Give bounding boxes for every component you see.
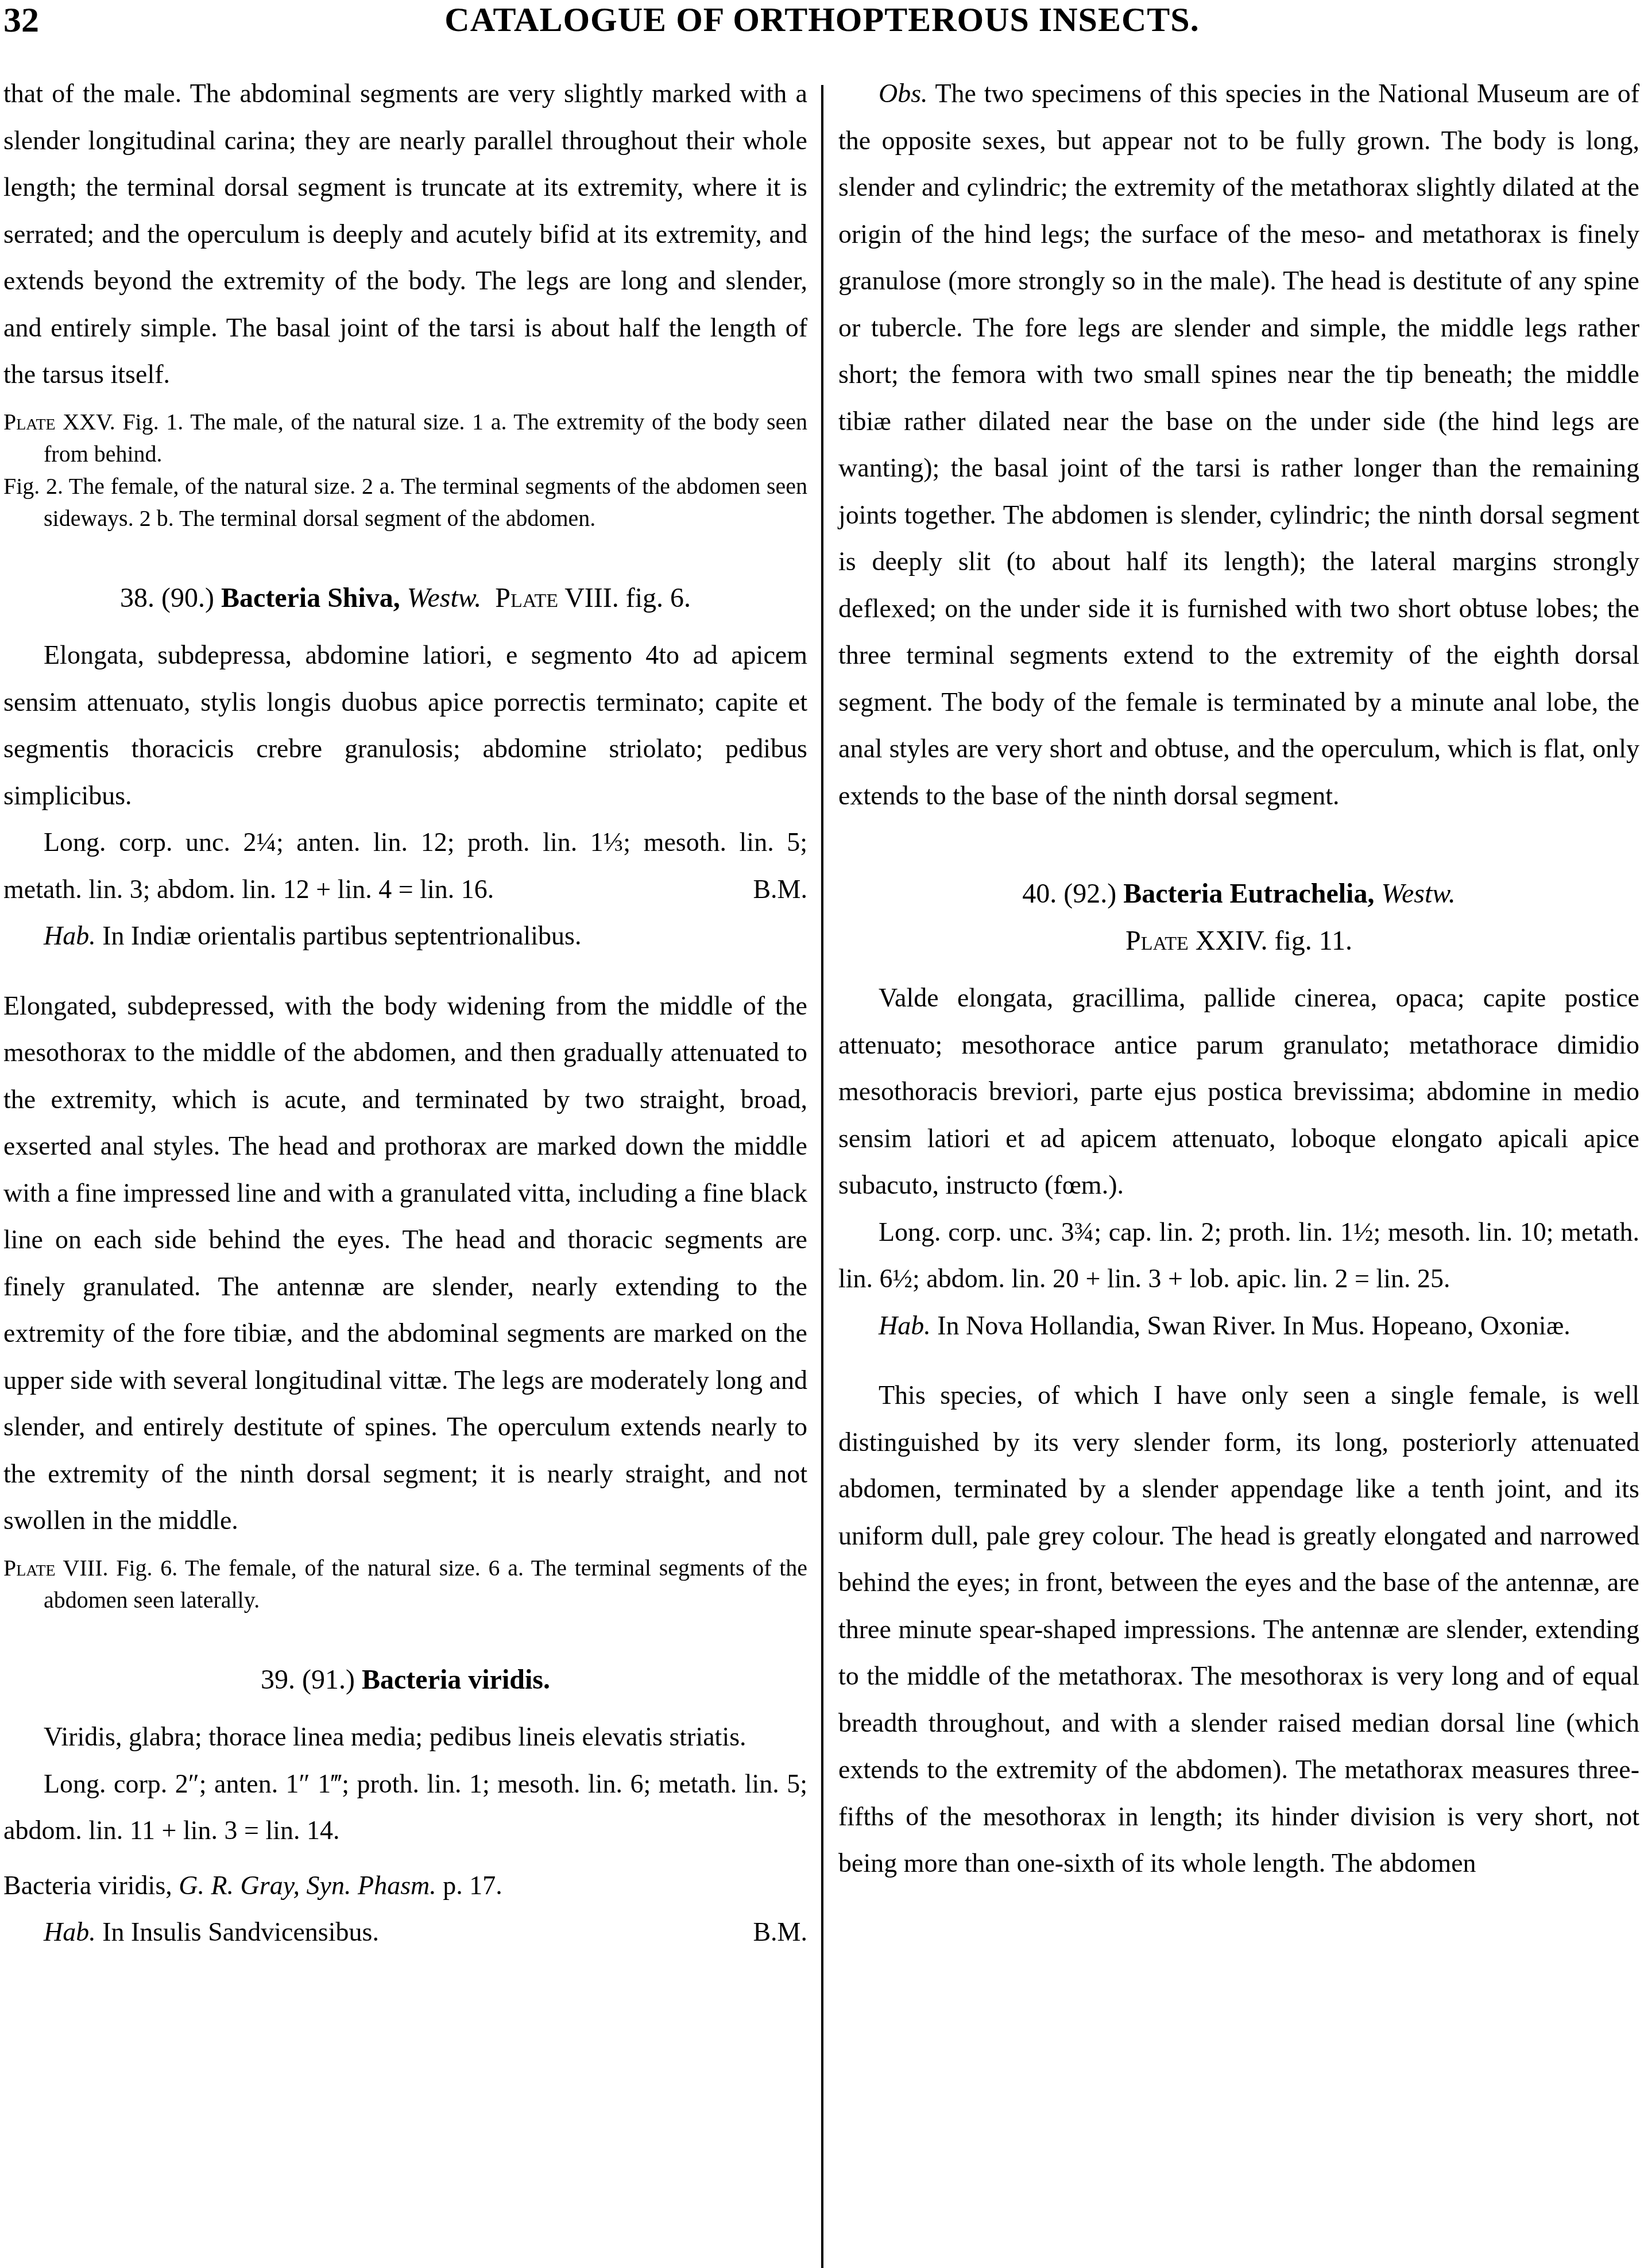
species-38-latin-diagnosis: Elongata, subdepressa, abdomine latiori,… — [3, 632, 807, 819]
plate-viii-caption: Plate VIII. Fig. 6. The female, of the n… — [3, 1552, 807, 1616]
author: Westw. — [407, 583, 481, 613]
species-38-habitat: Hab. In Indiæ orientalis partibus septen… — [3, 912, 807, 959]
species-name: Bacteria Eutrachelia, — [1123, 878, 1374, 909]
collection-code: B.M. — [713, 866, 807, 913]
column-divider — [821, 85, 823, 2268]
species-39-latin-diagnosis: Viridis, glabra; thorace linea media; pe… — [3, 1713, 807, 1760]
species-40-heading: 40. (92.) Bacteria Eutrachelia, Westw. — [838, 870, 1639, 918]
species-40-measurements: Long. corp. unc. 3¾; cap. lin. 2; proth.… — [838, 1209, 1639, 1302]
plate-xxv-caption-fig2: Fig. 2. The female, of the natural size.… — [3, 470, 807, 535]
collection-code: B.M. — [713, 1909, 807, 1956]
right-column: Obs. The two specimens of this species i… — [838, 70, 1639, 1887]
species-39-synonym: Bacteria viridis, G. R. Gray, Syn. Phasm… — [3, 1862, 807, 1909]
left-column: that of the male. The abdominal segments… — [3, 70, 807, 1956]
species-38-description: Elongated, subdepressed, with the body w… — [3, 982, 807, 1544]
author: Westw. — [1381, 878, 1455, 909]
species-40-plate-ref: Plate XXIV. fig. 11. — [838, 918, 1639, 965]
species-39-heading: 39. (91.) Bacteria viridis. — [3, 1657, 807, 1704]
species-40-habitat: Hab. In Nova Hollandia, Swan River. In M… — [838, 1302, 1639, 1349]
running-title: CATALOGUE OF ORTHOPTEROUS INSECTS. — [0, 0, 1644, 40]
plate-label: Plate XXV. — [3, 409, 115, 435]
species-name: Bacteria Shiva, — [221, 583, 400, 613]
species-39-measurements: Long. corp. 2″; anten. 1″ 1‴; proth. lin… — [3, 1760, 807, 1854]
plate-xxv-caption-fig1: Plate XXV. Fig. 1. The male, of the natu… — [3, 406, 807, 470]
observations-paragraph: Obs. The two specimens of this species i… — [838, 70, 1639, 819]
species-name: Bacteria viridis. — [362, 1665, 550, 1695]
species-38-heading: 38. (90.) Bacteria Shiva, Westw. Plate V… — [3, 575, 807, 622]
species-39-habitat: Hab. In Insulis Sandvicensibus.B.M. — [3, 1909, 807, 1956]
species-38-measurements: Long. corp. unc. 2¼; anten. lin. 12; pro… — [3, 819, 807, 912]
species-40-latin-diagnosis: Valde elongata, gracillima, pallide cine… — [838, 974, 1639, 1209]
continued-paragraph: that of the male. The abdominal segments… — [3, 70, 807, 398]
page-header: 32 CATALOGUE OF ORTHOPTEROUS INSECTS. — [0, 0, 1644, 63]
species-40-description: This species, of which I have only seen … — [838, 1372, 1639, 1887]
